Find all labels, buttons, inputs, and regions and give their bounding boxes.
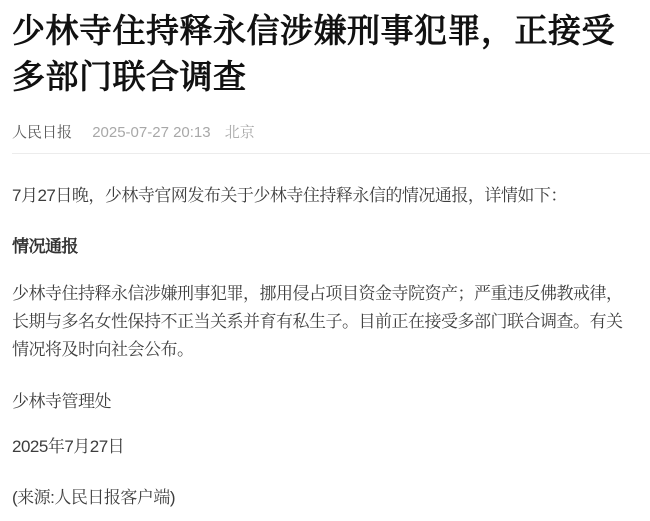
intro-paragraph: 7月27日晚，少林寺官网发布关于少林寺住持释永信的情况通报，详情如下： xyxy=(12,182,638,210)
byline-datetime: 2025-07-27 20:13 xyxy=(92,124,210,141)
article-title: 少林寺住持释永信涉嫌刑事犯罪，正接受多部门联合调查 xyxy=(12,8,638,100)
byline-location: 北京 xyxy=(225,124,255,141)
signature-line: 少林寺管理处 xyxy=(12,388,638,416)
source-attribution-line: (来源:人民日报客户端) xyxy=(12,484,638,512)
notice-body-paragraph: 少林寺住持释永信涉嫌刑事犯罪，挪用侵占项目资金寺院资产；严重违反佛教戒律，长期与… xyxy=(12,280,638,364)
article-page: 少林寺住持释永信涉嫌刑事犯罪，正接受多部门联合调查 人民日报 2025-07-2… xyxy=(0,0,650,521)
notice-date-line: 2025年7月27日 xyxy=(12,433,638,461)
byline-divider xyxy=(12,153,650,154)
byline-source[interactable]: 人民日报 xyxy=(12,124,72,141)
byline: 人民日报 2025-07-27 20:13 北京 xyxy=(12,125,638,141)
notice-title: 情况通报 xyxy=(12,233,638,261)
